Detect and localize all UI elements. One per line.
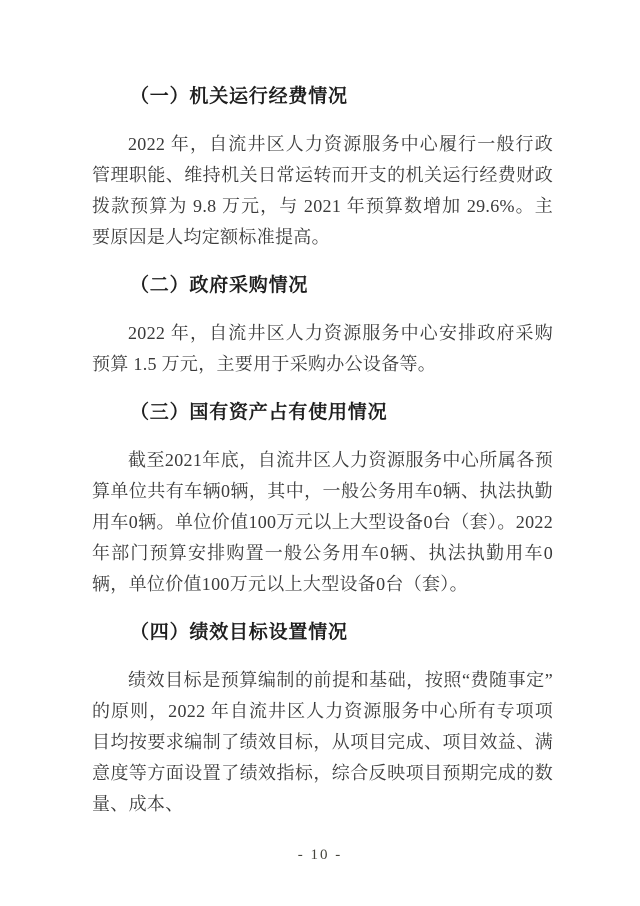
section-paragraph: 2022 年，自流井区人力资源服务中心安排政府采购预算 1.5 万元，主要用于采… xyxy=(92,318,553,380)
section-paragraph: 截至2021年底，自流井区人力资源服务中心所属各预算单位共有车辆0辆，其中，一般… xyxy=(92,445,553,600)
section-heading: （四）绩效目标设置情况 xyxy=(92,617,553,648)
section-heading: （三）国有资产占有使用情况 xyxy=(92,397,553,428)
section-org-operating-funds: （一）机关运行经费情况 2022 年，自流井区人力资源服务中心履行一般行政管理职… xyxy=(92,81,553,253)
section-heading: （二）政府采购情况 xyxy=(92,270,553,301)
document-page: （一）机关运行经费情况 2022 年，自流井区人力资源服务中心履行一般行政管理职… xyxy=(0,0,640,906)
page-number: - 10 - xyxy=(0,847,640,864)
section-government-procurement: （二）政府采购情况 2022 年，自流井区人力资源服务中心安排政府采购预算 1.… xyxy=(92,270,553,380)
section-paragraph: 绩效目标是预算编制的前提和基础，按照“费随事定”的原则，2022 年自流井区人力… xyxy=(92,665,553,820)
section-paragraph: 2022 年，自流井区人力资源服务中心履行一般行政管理职能、维持机关日常运转而开… xyxy=(92,129,553,253)
section-state-assets: （三）国有资产占有使用情况 截至2021年底，自流井区人力资源服务中心所属各预算… xyxy=(92,397,553,600)
section-heading: （一）机关运行经费情况 xyxy=(92,81,553,112)
section-performance-targets: （四）绩效目标设置情况 绩效目标是预算编制的前提和基础，按照“费随事定”的原则，… xyxy=(92,617,553,820)
